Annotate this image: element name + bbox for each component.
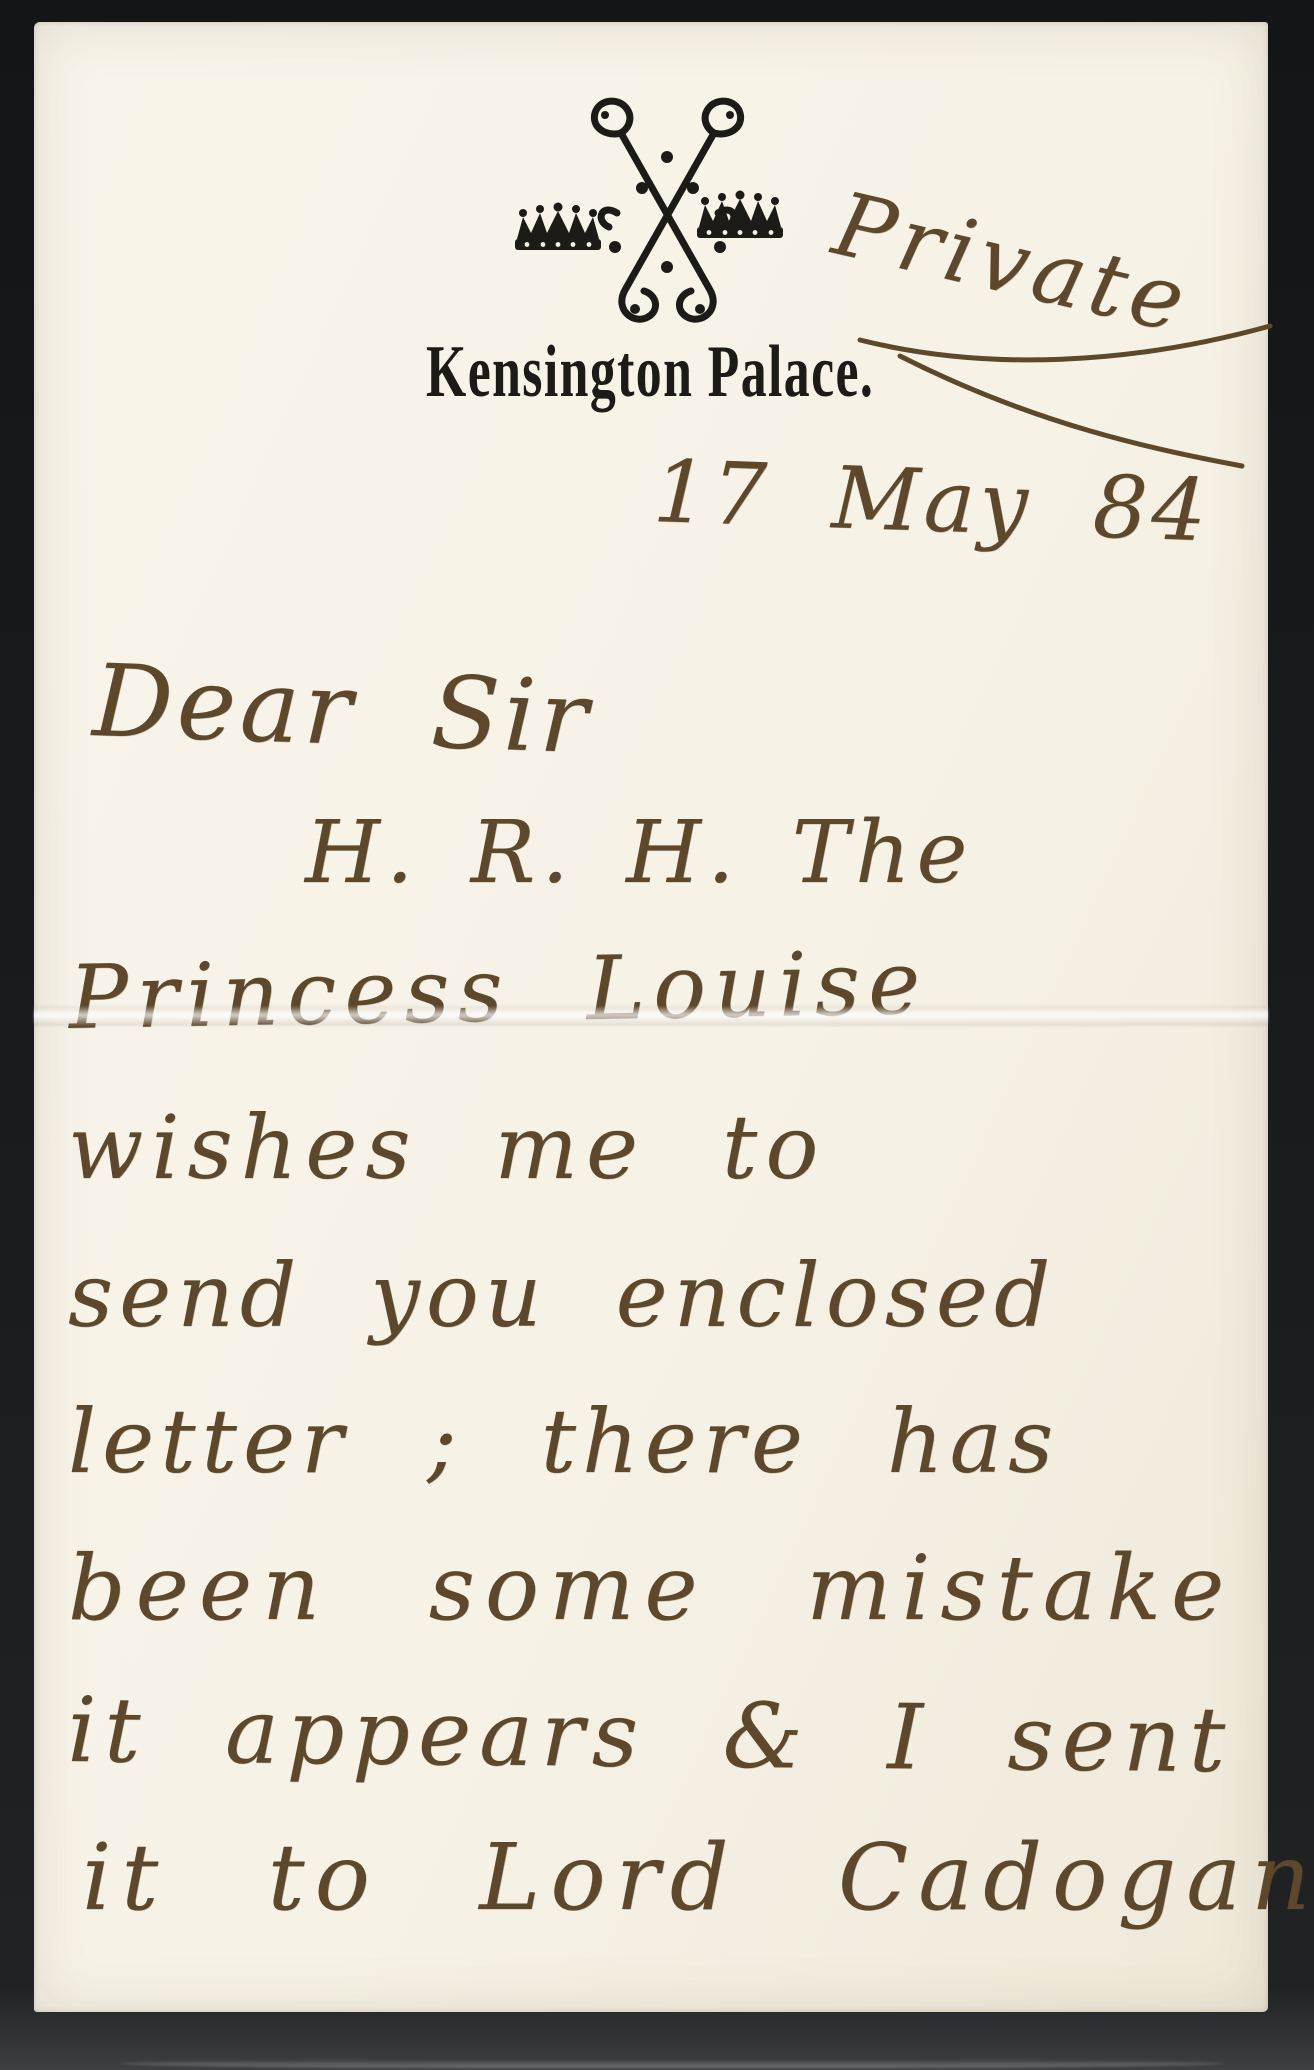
handwritten-line-2: Princess Louise xyxy=(68,931,929,1049)
scan-background: Kensington Palace. Private 17 May 84 Dea… xyxy=(0,0,1314,2070)
coronet-icon xyxy=(697,191,783,239)
royal-cypher-icon xyxy=(495,95,815,340)
handwritten-line-3: wishes me to xyxy=(68,1096,826,1199)
scan-edge xyxy=(120,2059,1224,2068)
coronet-icon xyxy=(515,203,601,251)
handwritten-line-8: it to Lord Cadogan xyxy=(82,1824,1314,1931)
handwritten-line-5: letter ; there has xyxy=(68,1390,1059,1493)
fold-crease xyxy=(34,1006,1268,1026)
palace-name: Kensington Palace. xyxy=(426,330,874,415)
handwritten-line-1: H. R. H. The xyxy=(305,803,973,903)
date-line: 17 May 84 xyxy=(652,442,1213,561)
handwritten-line-7: it appears & I sent xyxy=(67,1678,1234,1793)
salutation: Dear Sir xyxy=(91,642,594,776)
handwritten-line-4: send you enclosed xyxy=(68,1244,1056,1347)
handwritten-line-6: been some mistake xyxy=(68,1536,1234,1641)
